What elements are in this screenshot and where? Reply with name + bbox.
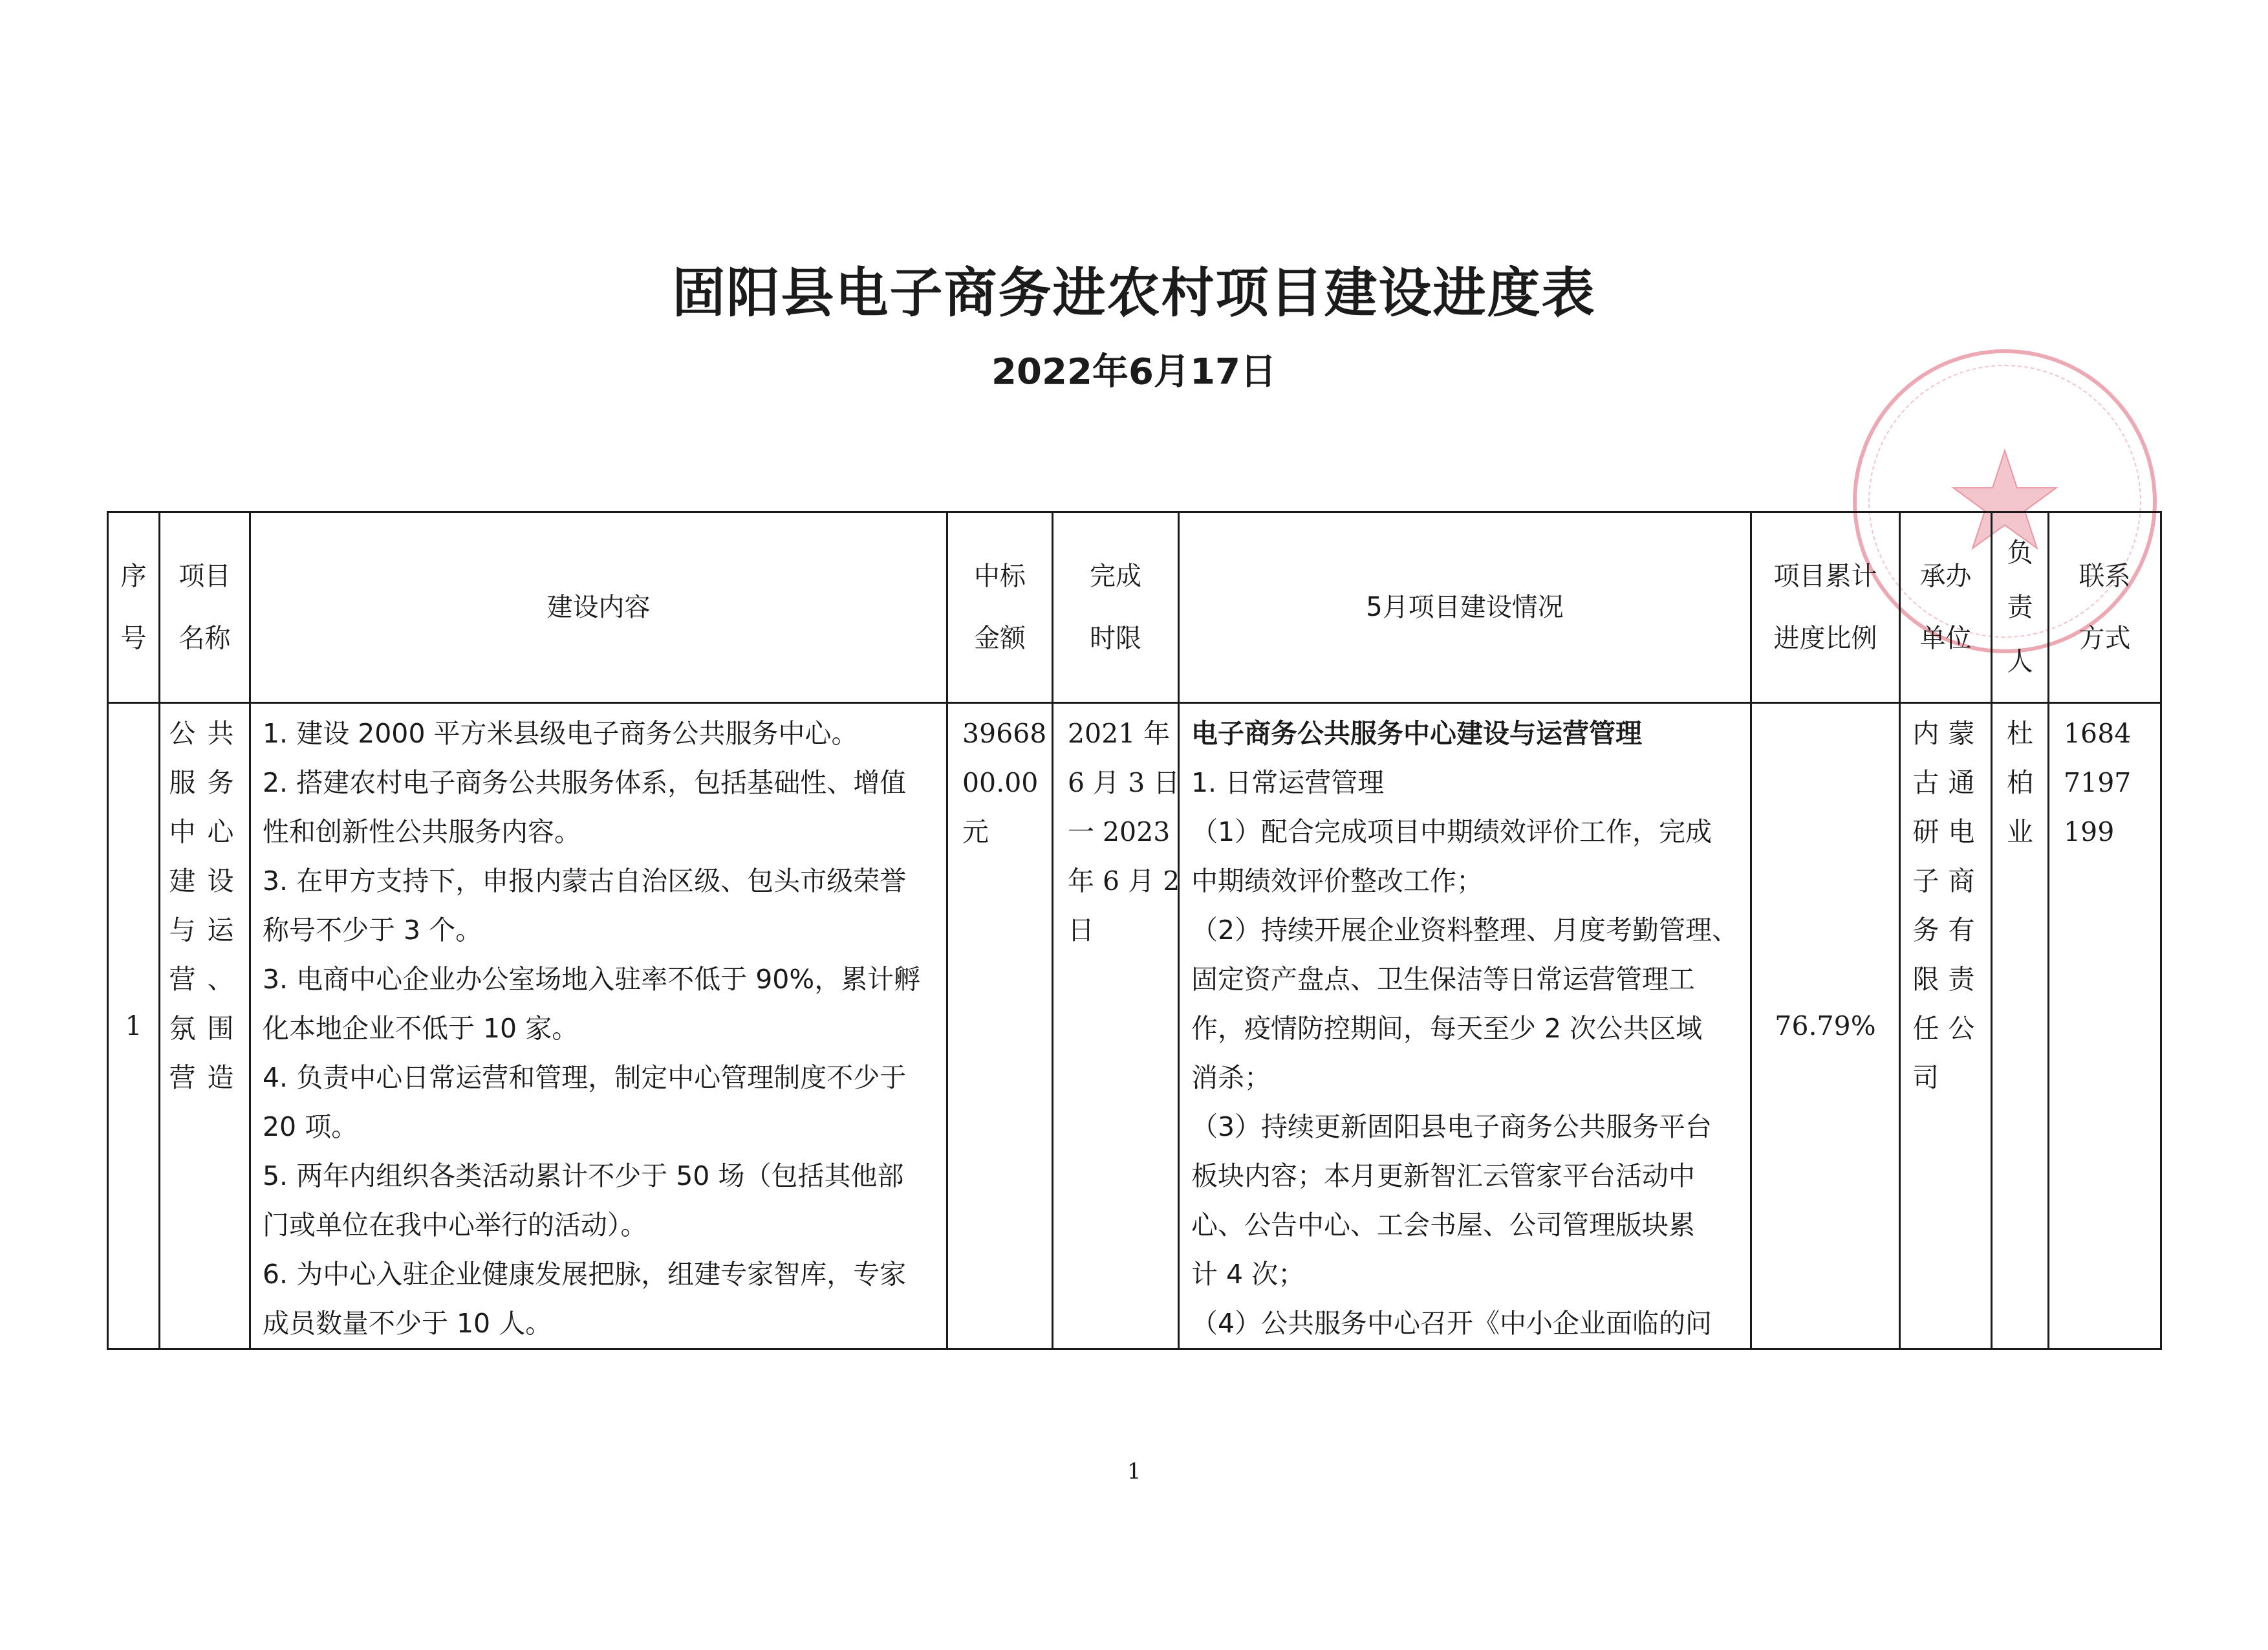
cell-person: 杜 柏 业 — [1992, 703, 2049, 1349]
cell-contractor: 内蒙 古通 研电 子商 务有 限责 任公 司 — [1900, 703, 1992, 1349]
cell-bid-amount: 39668 00.00 元 — [947, 703, 1053, 1349]
cell-project-name: 公共 服务 中心 建设 与运 营、 氛围 营造 — [160, 703, 250, 1349]
document-title: 固阳县电子商务进农村项目建设进度表 — [0, 251, 2268, 327]
table-row: 1 公共 服务 中心 建设 与运 营、 氛围 营造 1. 建设 2000 平方米… — [108, 703, 2161, 1349]
header-contractor: 承办 单位 — [1900, 512, 1992, 703]
cell-index: 1 — [108, 703, 160, 1349]
header-contact: 联系 方式 — [2049, 512, 2161, 703]
header-may-status: 5月项目建设情况 — [1179, 512, 1751, 703]
contact-phone: 1684 — [2064, 709, 2148, 758]
cell-deadline: 2021 年 6 月 3 日 一 2023 年 6 月 2 日 — [1053, 703, 1179, 1349]
header-content: 建设内容 — [250, 512, 947, 703]
cell-content: 1. 建设 2000 平方米县级电子商务公共服务中心。 2. 搭建农村电子商务公… — [250, 703, 947, 1349]
cell-progress: 76.79% — [1751, 703, 1900, 1349]
cell-may-status: 电子商务公共服务中心建设与运营管理 1. 日常运营管理 （1）配合完成项目中期绩… — [1179, 703, 1751, 1349]
header-project-name: 项目 名称 — [160, 512, 250, 703]
cell-contact: 1684 7197 199 — [2049, 703, 2161, 1349]
header-progress: 项目累计 进度比例 — [1751, 512, 1900, 703]
header-index: 序 号 — [108, 512, 160, 703]
header-person: 负 责 人 — [1992, 512, 2049, 703]
table-header-row: 序 号 项目 名称 建设内容 中标 金额 完成 时限 5月项目建设情况 项目累计… — [108, 512, 2161, 703]
progress-value: 76.79% — [1775, 1010, 1875, 1041]
header-bid-amount: 中标 金额 — [947, 512, 1053, 703]
header-deadline: 完成 时限 — [1053, 512, 1179, 703]
page-number: 1 — [0, 1459, 2268, 1484]
progress-table: 序 号 项目 名称 建设内容 中标 金额 完成 时限 5月项目建设情况 项目累计… — [107, 511, 2162, 1350]
